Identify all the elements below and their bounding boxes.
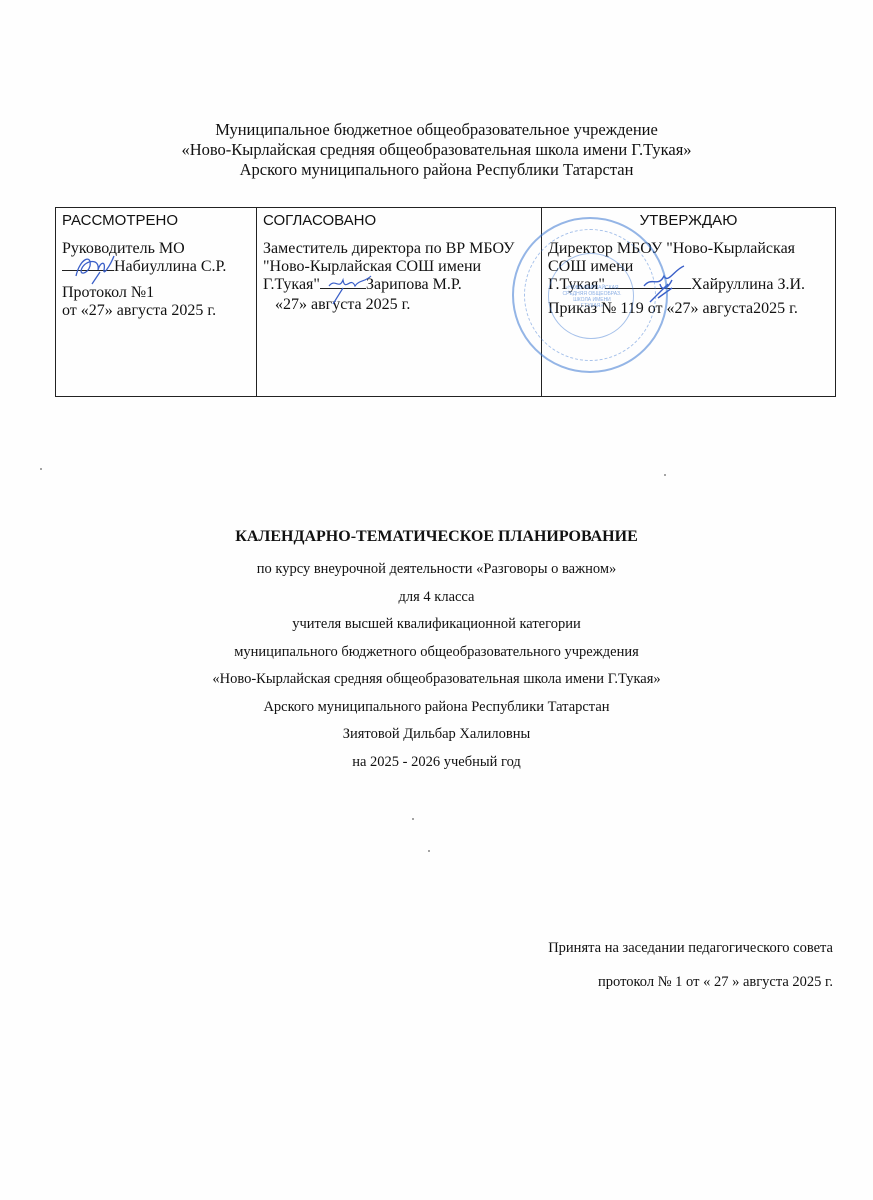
agreed-signer: Зарипова М.Р. xyxy=(366,276,462,293)
header-line-3: Арского муниципального района Республики… xyxy=(0,160,873,180)
plan-year: на 2025 - 2026 учебный год xyxy=(0,752,873,780)
scan-speck xyxy=(40,468,42,470)
plan-grade: для 4 класса xyxy=(0,587,873,615)
document-page: Муниципальное бюджетное общеобразователь… xyxy=(0,0,873,1200)
reviewed-role: Руководитель МО xyxy=(62,240,250,258)
reviewed-signer-line: Набиуллина С.Р. xyxy=(62,258,250,276)
plan-institution-2: «Ново-Кырлайская средняя общеобразовател… xyxy=(0,669,873,697)
reviewed-title: РАССМОТРЕНО xyxy=(62,212,250,230)
agreed-title: СОГЛАСОВАНО xyxy=(263,212,535,230)
approved-role-2: СОШ имени xyxy=(548,258,829,276)
signature-line xyxy=(62,258,114,271)
acceptance-line-2: протокол № 1 от « 27 » августа 2025 г. xyxy=(548,972,833,1006)
signature-line xyxy=(605,276,691,289)
institution-header: Муниципальное бюджетное общеобразователь… xyxy=(0,120,873,180)
plan-block: КАЛЕНДАРНО-ТЕМАТИЧЕСКОЕ ПЛАНИРОВАНИЕ по … xyxy=(0,528,873,779)
acceptance-line-1: Принята на заседании педагогического сов… xyxy=(548,938,833,972)
approved-cell: УТВЕРЖДАЮ Директор МБОУ "Ново-Кырлайская… xyxy=(541,208,835,396)
agreed-role-2: "Ново-Кырлайская СОШ имени xyxy=(263,258,535,276)
approved-order: Приказ № 119 от «27» августа2025 г. xyxy=(548,300,829,318)
approval-table: РАССМОТРЕНО Руководитель МО Набиуллина С… xyxy=(55,207,836,397)
approved-role-1: Директор МБОУ "Ново-Кырлайская xyxy=(548,240,829,258)
signature-line xyxy=(320,276,366,289)
approved-signer-line: Г.Тукая"Хайруллина З.И. xyxy=(548,276,829,294)
plan-teacher-category: учителя высшей квалификационной категори… xyxy=(0,614,873,642)
header-line-1: Муниципальное бюджетное общеобразователь… xyxy=(0,120,873,140)
approved-title: УТВЕРЖДАЮ xyxy=(548,212,829,230)
agreed-signer-line: Г.Тукая"Зарипова М.Р. xyxy=(263,276,535,294)
reviewed-signer: Набиуллина С.Р. xyxy=(114,258,226,275)
reviewed-cell: РАССМОТРЕНО Руководитель МО Набиуллина С… xyxy=(56,208,256,396)
agreed-role-1: Заместитель директора по ВР МБОУ xyxy=(263,240,535,258)
scan-speck xyxy=(664,474,666,476)
plan-title: КАЛЕНДАРНО-ТЕМАТИЧЕСКОЕ ПЛАНИРОВАНИЕ xyxy=(0,528,873,546)
acceptance-note: Принята на заседании педагогического сов… xyxy=(548,938,833,1006)
approved-signer: Хайруллина З.И. xyxy=(691,276,805,293)
reviewed-date: от «27» августа 2025 г. xyxy=(62,302,250,320)
scan-speck xyxy=(412,818,414,820)
reviewed-protocol: Протокол №1 xyxy=(62,284,250,302)
scan-speck xyxy=(428,850,430,852)
plan-region: Арского муниципального района Республики… xyxy=(0,697,873,725)
header-line-2: «Ново-Кырлайская средняя общеобразовател… xyxy=(0,140,873,160)
plan-teacher-name: Зиятовой Дильбар Халиловны xyxy=(0,724,873,752)
agreed-date: «27» августа 2025 г. xyxy=(263,296,535,314)
plan-course: по курсу внеурочной деятельности «Разгов… xyxy=(0,559,873,587)
plan-institution-1: муниципального бюджетного общеобразовате… xyxy=(0,642,873,670)
agreed-cell: СОГЛАСОВАНО Заместитель директора по ВР … xyxy=(256,208,541,396)
